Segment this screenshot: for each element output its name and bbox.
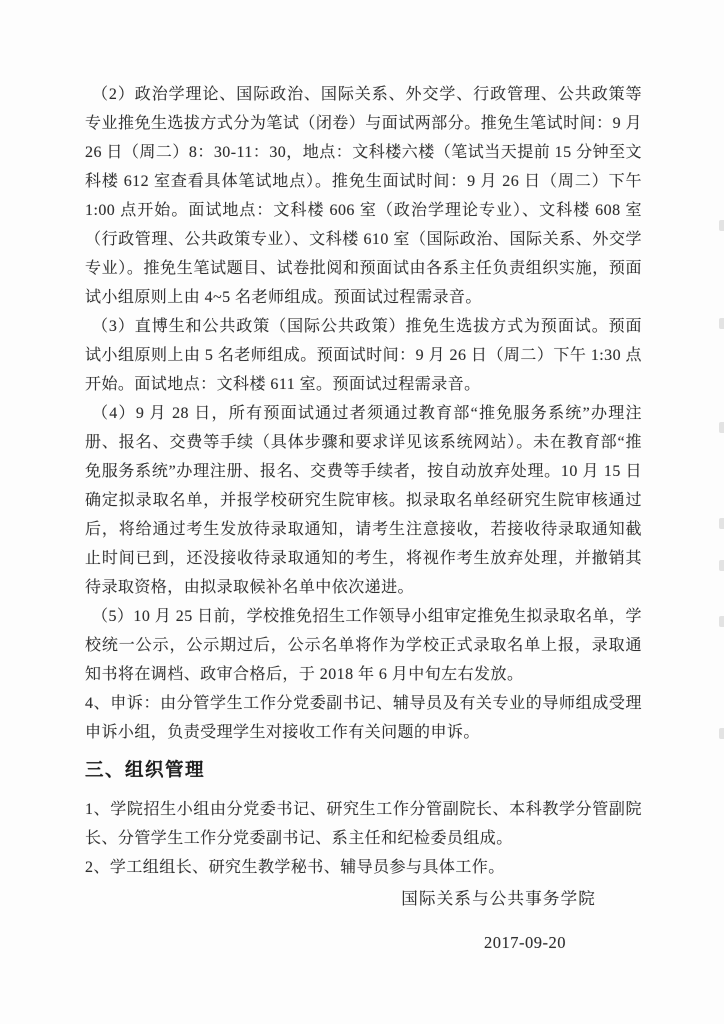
paragraph-admission-list-publication: （5）10 月 25 日前，学校推免招生工作领导小组审定推免生拟录取名单，学校统… bbox=[85, 602, 642, 689]
paragraph-registration-system: （4）9 月 28 日，所有预面试通过者须通过教育部“推免服务系统”办理注册、报… bbox=[85, 399, 642, 602]
section-heading-organization-management: 三、组织管理 bbox=[85, 755, 642, 785]
signature-school-name: 国际关系与公共事务学院 bbox=[85, 884, 642, 914]
signature-date: 2017-09-20 bbox=[85, 928, 642, 958]
scan-edge-artifact bbox=[719, 560, 724, 571]
scan-edge-artifact bbox=[719, 220, 724, 231]
paragraph-staff-participation: 2、学工组组长、研究生教学秘书、辅导员参与具体工作。 bbox=[85, 853, 642, 882]
document-content: （2）政治学理论、国际政治、国际关系、外交学、行政管理、公共政策等专业推免生选拔… bbox=[85, 80, 642, 958]
scan-edge-artifact bbox=[719, 318, 724, 329]
paragraph-admissions-group-composition: 1、学院招生小组由分党委书记、研究生工作分管副院长、本科教学分管副院长、分管学生… bbox=[85, 795, 642, 853]
scan-edge-artifact bbox=[719, 518, 724, 529]
scan-edge-artifact bbox=[719, 728, 724, 739]
paragraph-direct-phd-selection: （3）直博生和公共政策（国际公共政策）推免生选拔方式为预面试。预面试小组原则上由… bbox=[85, 312, 642, 399]
scan-edge-artifact bbox=[719, 616, 724, 627]
scan-edge-artifact bbox=[719, 422, 724, 433]
paragraph-appeal-process: 4、申诉：由分管学生工作分党委副书记、辅导员及有关专业的导师组成受理申诉小组，负… bbox=[85, 689, 642, 747]
scanned-document-page: （2）政治学理论、国际政治、国际关系、外交学、行政管理、公共政策等专业推免生选拔… bbox=[0, 0, 724, 1024]
paragraph-written-interview-selection: （2）政治学理论、国际政治、国际关系、外交学、行政管理、公共政策等专业推免生选拔… bbox=[85, 80, 642, 312]
